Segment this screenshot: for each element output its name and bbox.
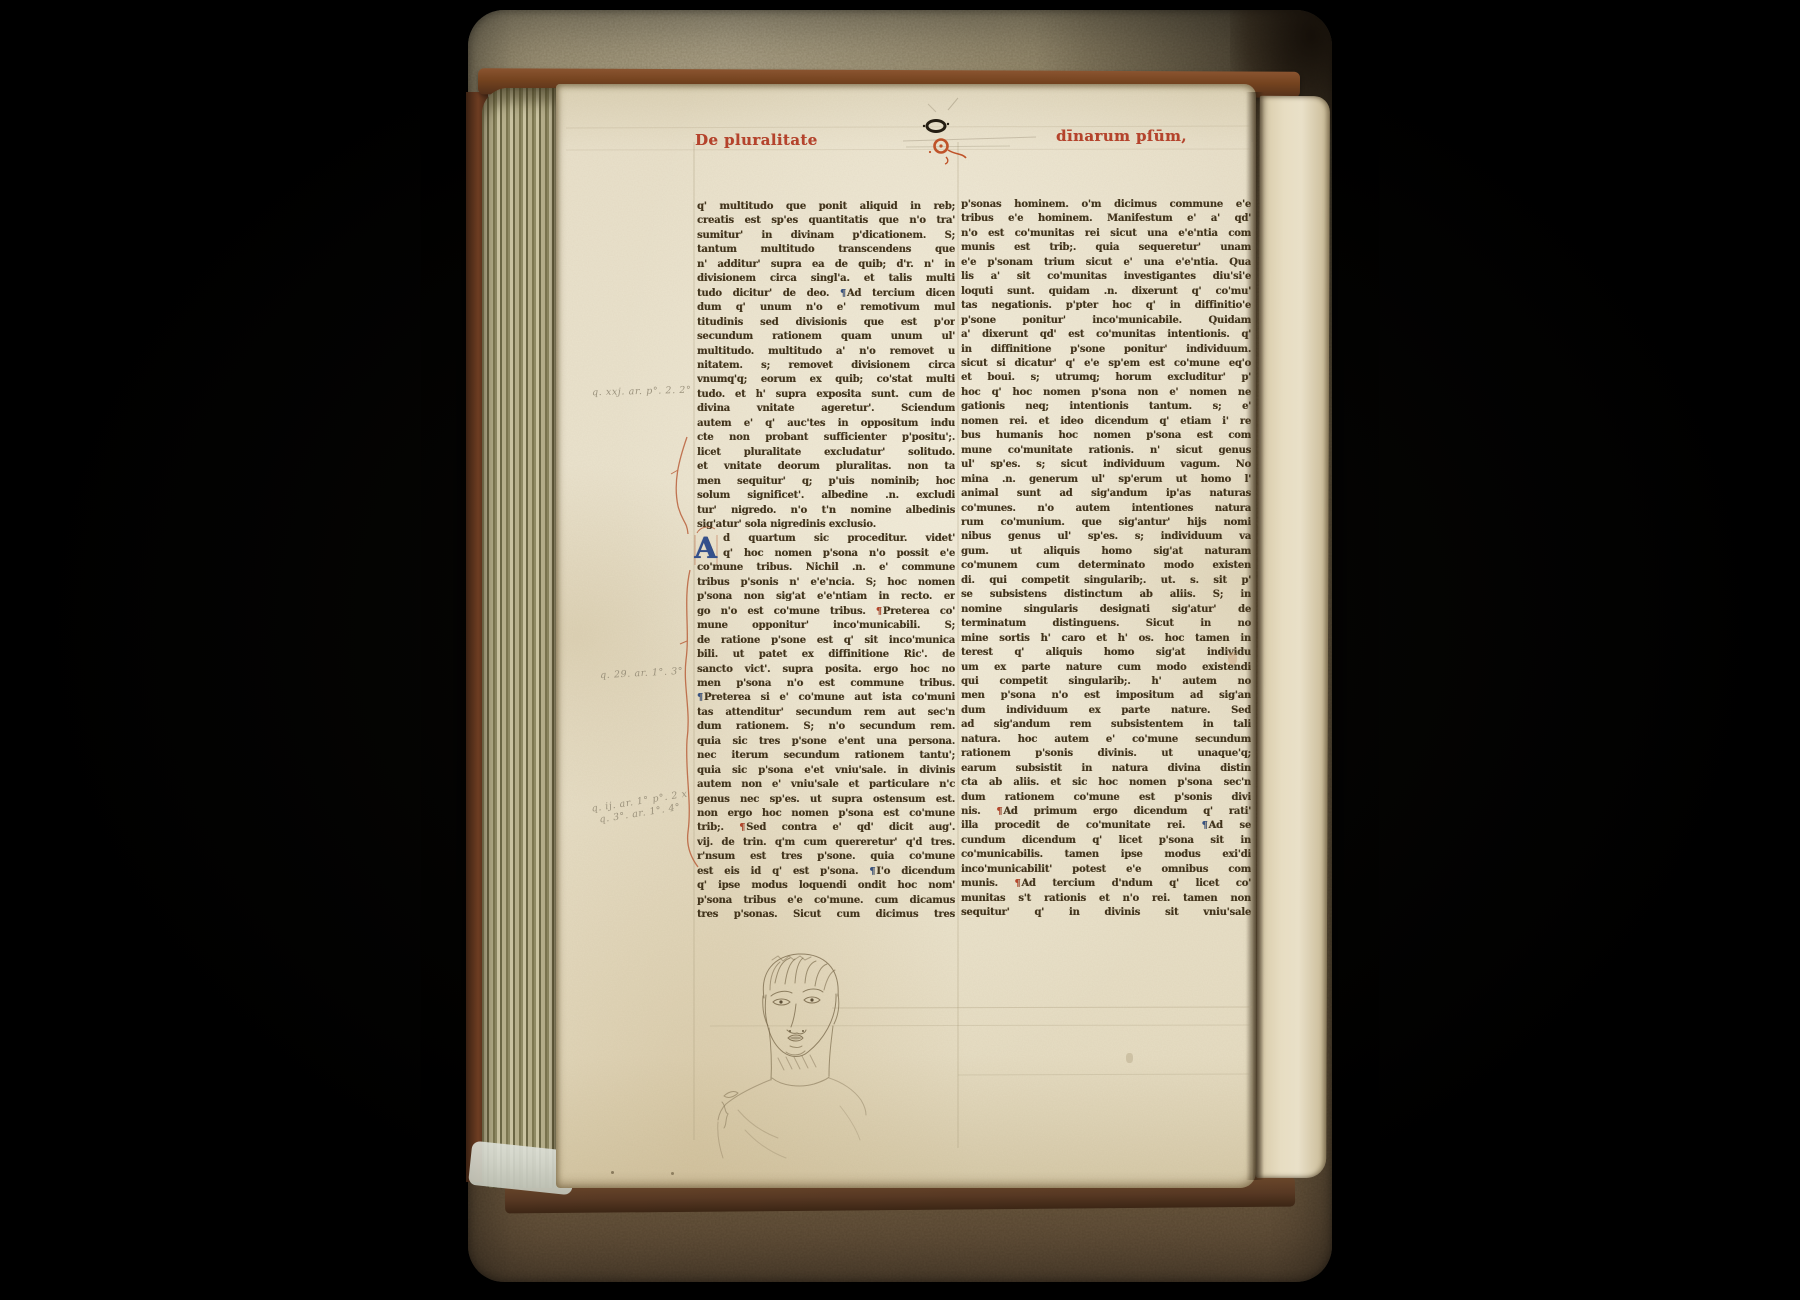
manuscript-text-line: dum q' unum n'o e' remotivum mul <box>697 301 955 315</box>
manuscript-text-line: sig'atur' sola nigredinis exclusio. <box>697 518 955 532</box>
manuscript-text-line: titudinis sed divisionis que est p'or <box>697 316 955 330</box>
manuscript-text-line: men p'sona n'o est impositum ad sig'an <box>961 689 1251 703</box>
photo-black-backdrop: De pluralitate dīnarum pſūm, <box>0 0 1800 1300</box>
illuminated-initial-a: A <box>692 529 719 569</box>
manuscript-text-line: ad sig'andum rem subsistentem in tali <box>961 718 1251 732</box>
manuscript-text-line: natura. hoc autem e' co'mune secundum <box>961 733 1251 747</box>
manuscript-text-line: vij. de trin. q'm cum quereretur' q'd tr… <box>697 836 955 850</box>
ink-speck <box>671 1172 674 1175</box>
manuscript-text-line: qui competit singularib;. h' autem no <box>961 675 1251 689</box>
manuscript-text-line: mune opponitur' inco'municabili. S; <box>697 619 955 633</box>
manuscript-text-line: mune co'munitate rationis. n' sicut genu… <box>961 444 1251 458</box>
paraph-mark: ¶ <box>996 806 1003 817</box>
text-column-right: p'sonas hominem. o'm dicimus commune e'e… <box>961 198 1251 921</box>
manuscript-text-line: est eis id q' est p'sona. ¶I'o dicendum <box>697 865 955 879</box>
paraph-mark: ¶ <box>876 606 883 617</box>
manuscript-text-line: tribus p'sonis n' e'e'ncia. S; hoc nomen <box>697 576 955 590</box>
running-header-right: dīnarum pſūm, <box>1056 127 1187 145</box>
manuscript-text-line: inco'municabilit' potest e'e omnibus com <box>961 863 1251 877</box>
next-page-sliver <box>1256 96 1330 1178</box>
manuscript-text-line: go n'o est co'mune tribus. ¶Preterea co' <box>697 605 955 619</box>
manuscript-text-line: co'munem cum determinato modo existen <box>961 559 1251 573</box>
manuscript-text-line: bus humanis hoc nomen p'sona est com <box>961 429 1251 443</box>
manuscript-text-line: loquti sunt. quidam .n. dixerunt q' co'm… <box>961 285 1251 299</box>
manuscript-text-line: multitudo. multitudo a' n'o removet u <box>697 345 955 359</box>
manuscript-text-line: tres p'sonas. Sicut cum dicimus tres <box>697 908 955 922</box>
manuscript-text-line: tur' nigredo. n'o t'n nomine albedinis <box>697 504 955 518</box>
running-header-left: De pluralitate <box>695 131 818 149</box>
manuscript-text-line: dum individuum ex parte nature. Sed <box>961 704 1251 718</box>
paraph-mark: ¶ <box>1014 878 1021 889</box>
manuscript-text-line: illa procedit de co'munitate rei. ¶Ad se <box>961 819 1251 833</box>
manuscript-text-line: co'mune tribus. Nichil .n. e' commune <box>697 561 955 575</box>
manuscript-text-line: nitatem. s; removet divisionem circa <box>697 359 955 373</box>
manuscript-text-line: dum rationem. S; n'o secundum rem. <box>697 720 955 734</box>
manuscript-text-line: sequitur' q' in divinis sit vniu'sale <box>961 906 1251 920</box>
manuscript-text-line: nomen rei. et ideo dicendum q' etiam i' … <box>961 415 1251 429</box>
manuscript-text-line: n'o est co'munitas rei sicut una e'e'nti… <box>961 227 1251 241</box>
manuscript-text-line: gationis neq; intentionis tantum. s; e' <box>961 400 1251 414</box>
manuscript-text-line: bili. ut patet ex diffinitione Ric'. de <box>697 648 955 662</box>
manuscript-text-line: hoc q' hoc nomen p'sona non e' nomen ne <box>961 386 1251 400</box>
manuscript-text-line: tantum multitudo transcendens que <box>697 243 955 257</box>
manuscript-text-line: d quartum sic proceditur. videt' <box>697 532 955 546</box>
paraph-mark: ¶ <box>840 288 847 299</box>
manuscript-text-line: mina .n. generum ul' sp'erum ut homo l' <box>961 473 1251 487</box>
manuscript-text-line: tribus e'e hominem. Manifestum e' a' qd' <box>961 212 1251 226</box>
manuscript-text-line: quia sic p'sona e'et vniu'sale. in divin… <box>697 764 955 778</box>
manuscript-text-line: non ergo hoc nomen p'sona est co'mune <box>697 807 955 821</box>
manuscript-text-line: mine sortis h' caro et h' os. hoc tamen … <box>961 632 1251 646</box>
manuscript-text-line: trib;. ¶Sed contra e' qd' dicit aug'. <box>697 821 955 835</box>
manuscript-text-line: tudo. et h' supra exposita sunt. cum de <box>697 388 955 402</box>
manuscript-text-line: tas negationis. p'pter hoc q' in diffini… <box>961 299 1251 313</box>
manuscript-text-line: secundum rationem quam unum ul' <box>697 330 955 344</box>
paraph-mark: ¶ <box>1202 820 1209 831</box>
paraph-mark: ¶ <box>697 692 704 703</box>
manuscript-text-line: men p'sona n'o est commune tribus. <box>697 677 955 691</box>
manuscript-text-line: terminatum distinguens. Sicut in no <box>961 617 1251 631</box>
page-edges-stack <box>482 88 560 1188</box>
manuscript-text-line: licet pluralitate excludatur' solitudo. <box>697 446 955 460</box>
manuscript-text-line: dum rationem co'mune est p'sonis divi <box>961 791 1251 805</box>
manuscript-text-line: um ex parte nature cum modo existendi <box>961 661 1251 675</box>
manuscript-text-line: nis. ¶Ad primum ergo dicendum q' rati' <box>961 805 1251 819</box>
manuscript-text-line: se subsistens distinctum ab aliis. S; in <box>961 588 1251 602</box>
text-column-left: q' multitudo que ponit aliquid in reb;cr… <box>697 200 955 923</box>
manuscript-text-line: p'sonas hominem. o'm dicimus commune e'e <box>961 198 1251 212</box>
manuscript-text-line: ul' sp'es. s; sicut individuum vagum. No <box>961 458 1251 472</box>
manuscript-text-line: q' hoc nomen p'sona n'o possit e'e <box>697 547 955 561</box>
manuscript-text-line: divisionem circa singl'a. et talis multi <box>697 272 955 286</box>
manuscript-text-line: vnumq'q; eorum ex quib; co'stat multi <box>697 373 955 387</box>
manuscript-text-line: autem non e' vniu'sale et particulare n'… <box>697 778 955 792</box>
manuscript-text-line: p'sona non sig'at e'e'ntiam in recto. er <box>697 590 955 604</box>
manuscript-text-line: et boui. s; utrumq; horum excluditur' p' <box>961 371 1251 385</box>
manuscript-text-line: p'sone ponitur' inco'municabile. Quidam <box>961 314 1251 328</box>
manuscript-text-line: de ratione p'sone est q' sit inco'munica <box>697 634 955 648</box>
manuscript-text-line: et vnitate deorum pluralitas. non ta <box>697 460 955 474</box>
manuscript-text-line: r'nsum est tres p'sone. quia co'mune <box>697 850 955 864</box>
manuscript-text-line: e'e p'sonam trium sicut e' una e'e'ntia.… <box>961 256 1251 270</box>
manuscript-text-line: genus nec sp'es. ut supra ostensum est. <box>697 793 955 807</box>
manuscript-text-line: sicut si dicatur' q' e'e sp'em est co'mu… <box>961 357 1251 371</box>
manuscript-text-line: di. qui competit singularib;. ut. s. sit… <box>961 574 1251 588</box>
manuscript-text-line: tas attenditur' secundum rem aut sec'n <box>697 706 955 720</box>
manuscript-text-line: nomine singularis designati sig'atur' de <box>961 603 1251 617</box>
manuscript-text-line: nibus genus ul' sp'es. s; individuum va <box>961 530 1251 544</box>
manuscript-text-line: sancto vict'. supra posita. ergo hoc no <box>697 663 955 677</box>
manuscript-text-line: divina vnitate ageretur'. Sciendum <box>697 402 955 416</box>
manuscript-text-line: munis est trib;. quia sequeretur' unam <box>961 241 1251 255</box>
manuscript-text-line: solum significet'. albedine .n. excludi <box>697 489 955 503</box>
manuscript-text-line: rum co'munium. que sig'antur' hijs nomi <box>961 516 1251 530</box>
manuscript-text-line: lis a' sit co'munitas investigantes diu'… <box>961 270 1251 284</box>
manuscript-text-line: earum subsistit in natura divina distin <box>961 762 1251 776</box>
ink-speck <box>611 1171 614 1174</box>
manuscript-text-line: autem e' q' auc'tes in oppositum indu <box>697 417 955 431</box>
manuscript-text-line: quia sic tres p'sone e'ent una persona. <box>697 735 955 749</box>
manuscript-text-line: a' dixerunt qd' est co'munitas intention… <box>961 328 1251 342</box>
manuscript-text-line: cte non probant sufficienter p'positu';. <box>697 431 955 445</box>
manuscript-text-line: q' multitudo que ponit aliquid in reb; <box>697 200 955 214</box>
manuscript-text-line: sumitur' in divinam p'dicationem. S; <box>697 229 955 243</box>
manuscript-text-line: cta ab aliis. et sic hoc nomen p'sona se… <box>961 776 1251 790</box>
manuscript-text-line: men sequitur' q; p'uis nominib; hoc <box>697 475 955 489</box>
manuscript-text-line: cundum dicendum q' licet p'sona sit in <box>961 834 1251 848</box>
manuscript-text-line: creatis est sp'es quantitatis que n'o tr… <box>697 214 955 228</box>
red-smudge <box>1228 652 1237 665</box>
manuscript-text-line: p'sona tribus e'e co'mune. cum dicamus <box>697 894 955 908</box>
manuscript-text-line: co'munes. n'o autem intentiones natura <box>961 502 1251 516</box>
manuscript-text-line: munis. ¶Ad tercium d'ndum q' licet co' <box>961 877 1251 891</box>
manuscript-text-line: ¶Preterea si e' co'mune aut ista co'muni <box>697 691 955 705</box>
manuscript-text-line: rationem p'sonis divinis. ut unaque'q; <box>961 747 1251 761</box>
manuscript-text-line: co'municabilis. tamen ipse modus exi'di <box>961 848 1251 862</box>
manuscript-text-line: gum. ut aliquis homo sig'at naturam <box>961 545 1251 559</box>
manuscript-text-line: munitas s't rationis et n'o rei. tamen n… <box>961 892 1251 906</box>
manuscript-text-line: terest q' aliquis homo sig'at individu <box>961 646 1251 660</box>
manuscript-text-line: in diffinitione p'sone ponitur' individu… <box>961 343 1251 357</box>
faint-smudge <box>1126 1053 1133 1063</box>
manuscript-text-line: animal sunt ad sig'andum ip'as naturas <box>961 487 1251 501</box>
manuscript-text-line: tudo dicitur' de deo. ¶Ad tercium dicen <box>697 287 955 301</box>
paraph-mark: ¶ <box>739 822 746 833</box>
paraph-mark: ¶ <box>869 866 876 877</box>
manuscript-text-line: q' ipse modus loquendi ondit hoc nom' <box>697 879 955 893</box>
manuscript-text-line: n' additur' supra ea de quib; d'r. n' in <box>697 258 955 272</box>
manuscript-text-line: nec iterum secundum rationem tantu'; <box>697 749 955 763</box>
